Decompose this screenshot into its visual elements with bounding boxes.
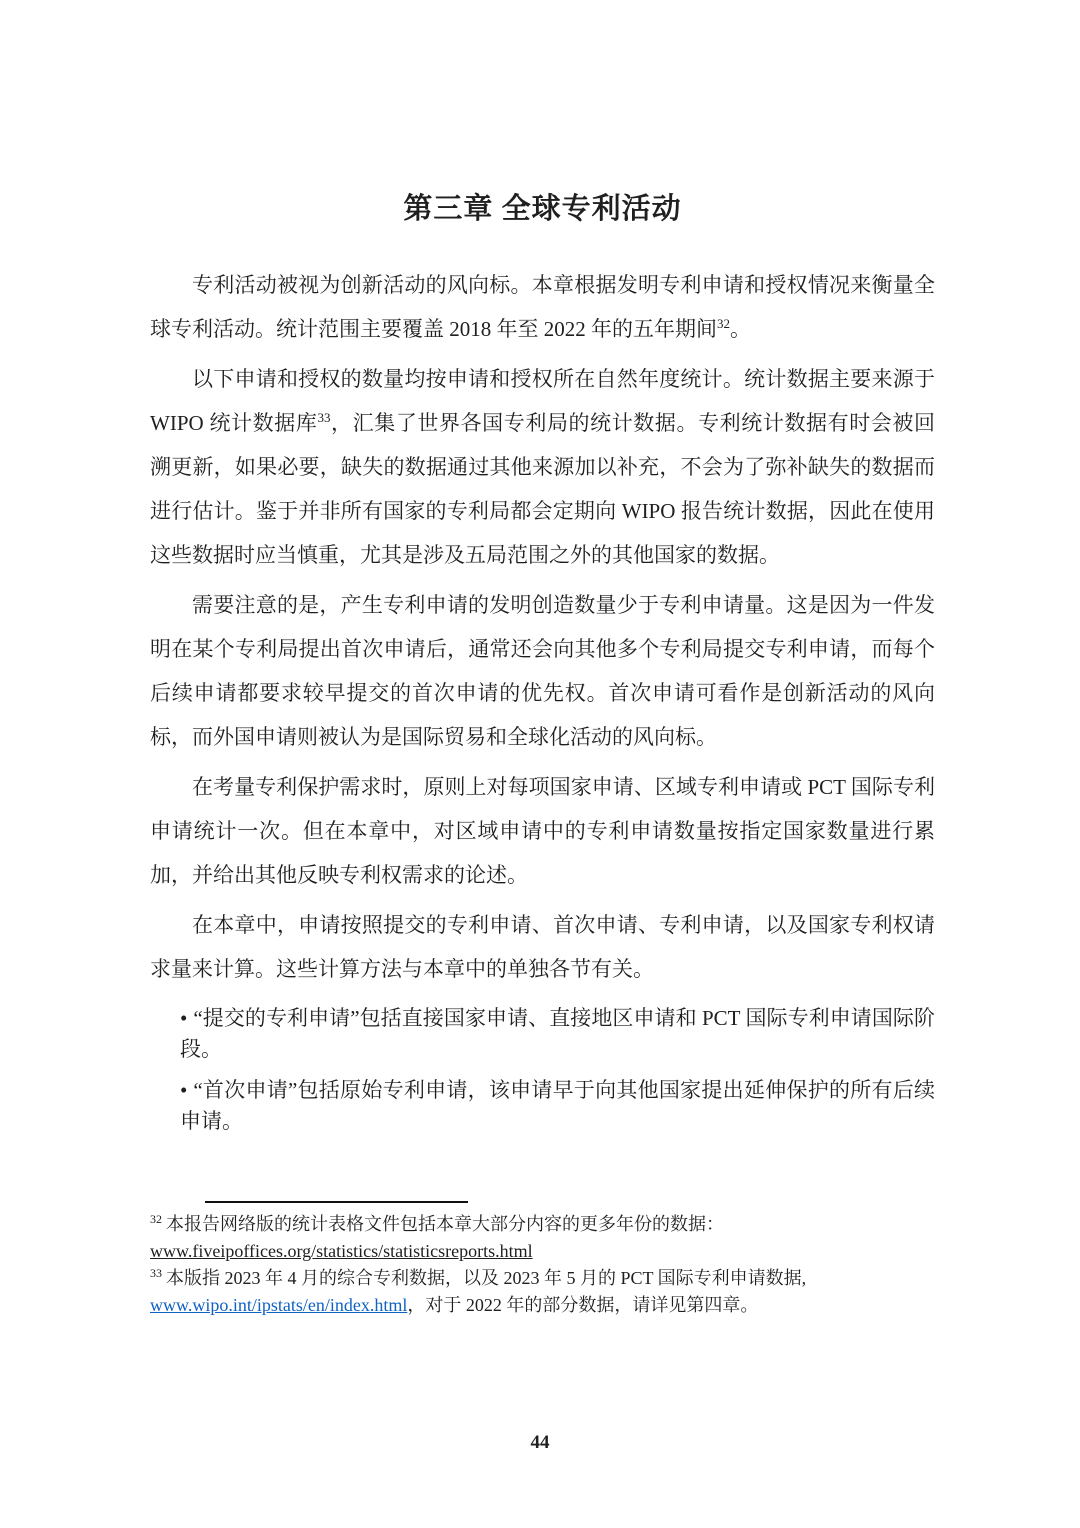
footnote-33-text-before: 本版指 2023 年 4 月的综合专利数据，以及 2023 年 5 月的 PCT…: [166, 1268, 806, 1288]
paragraph-1-text: 专利活动被视为创新活动的风向标。本章根据发明专利申请和授权情况来衡量全球专利活动…: [150, 273, 935, 341]
chapter-title: 第三章 全球专利活动: [150, 188, 935, 230]
page-number: 44: [0, 1432, 1080, 1454]
paragraph-1: 专利活动被视为创新活动的风向标。本章根据发明专利申请和授权情况来衡量全球专利活动…: [150, 263, 935, 351]
footnote-33: 33本版指 2023 年 4 月的综合专利数据，以及 2023 年 5 月的 P…: [150, 1265, 935, 1319]
bullet-text: “提交的专利申请”包括直接国家申请、直接地区申请和 PCT 国际专利申请国际阶段…: [180, 1006, 935, 1061]
footnote-33-text-after: ，对于 2022 年的部分数据，请详见第四章。: [407, 1295, 758, 1315]
fiveipoffices-statistics-link[interactable]: www.fiveipoffices.org/statistics/statist…: [150, 1241, 533, 1261]
footnote-32: 32本报告网络版的统计表格文件包括本章大部分内容的更多年份的数据：: [150, 1211, 935, 1238]
footnote-ref-32: 32: [717, 316, 730, 331]
bullet-text: “首次申请”包括原始专利申请，该申请早于向其他国家提出延伸保护的所有后续申请。: [180, 1078, 935, 1133]
definition-bullet-list: •“提交的专利申请”包括直接国家申请、直接地区申请和 PCT 国际专利申请国际阶…: [150, 1003, 935, 1137]
paragraph-1-tail: 。: [730, 317, 751, 341]
paragraph-5: 在本章中，申请按照提交的专利申请、首次申请、专利申请，以及国家专利权请求量来计算…: [150, 903, 935, 991]
document-page: 第三章 全球专利活动 专利活动被视为创新活动的风向标。本章根据发明专利申请和授权…: [0, 0, 1080, 1528]
bullet-icon: •: [180, 1075, 187, 1106]
wipo-ipstats-link[interactable]: www.wipo.int/ipstats/en/index.html: [150, 1295, 407, 1315]
footnote-32-marker: 32: [150, 1212, 162, 1226]
footnote-32-link-line: www.fiveipoffices.org/statistics/statist…: [150, 1238, 935, 1265]
paragraph-4: 在考量专利保护需求时，原则上对每项国家申请、区域专利申请或 PCT 国际专利申请…: [150, 765, 935, 897]
paragraph-2: 以下申请和授权的数量均按申请和授权所在自然年度统计。统计数据主要来源于 WIPO…: [150, 357, 935, 577]
paragraph-3: 需要注意的是，产生专利申请的发明创造数量少于专利申请量。这是因为一件发明在某个专…: [150, 583, 935, 759]
footnote-separator-line: [205, 1201, 468, 1203]
footnote-32-text: 本报告网络版的统计表格文件包括本章大部分内容的更多年份的数据：: [166, 1214, 724, 1234]
footnote-ref-33: 33: [317, 410, 330, 425]
footnote-33-marker: 33: [150, 1266, 162, 1280]
bullet-item-first-filings: •“首次申请”包括原始专利申请，该申请早于向其他国家提出延伸保护的所有后续申请。: [180, 1075, 935, 1137]
bullet-icon: •: [180, 1003, 187, 1034]
bullet-item-filed-applications: •“提交的专利申请”包括直接国家申请、直接地区申请和 PCT 国际专利申请国际阶…: [180, 1003, 935, 1065]
